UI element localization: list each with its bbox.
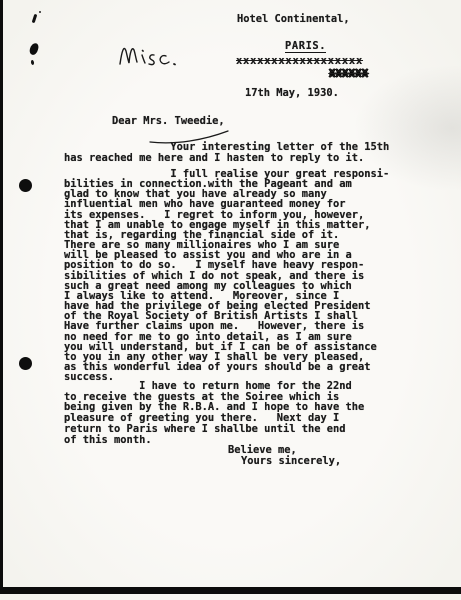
closing-yours-sincerely: Yours sincerely, <box>241 456 341 466</box>
scan-edge-bottom <box>0 587 461 594</box>
salutation: Dear Mrs. Tweedie, <box>112 116 225 126</box>
hole-punch-top <box>19 179 32 192</box>
letterhead-city: PARIS. <box>285 41 326 53</box>
letter-page: Hotel Continental, PARIS. xxxxxxxxxxxxxx… <box>0 0 461 600</box>
hole-punch-bottom <box>19 357 32 370</box>
date-line: 17th May, 1930. <box>245 88 339 98</box>
closing-believe-me: Believe me, <box>228 445 297 455</box>
paragraph-3: I have to return home for the 22nd to re… <box>64 381 364 445</box>
ink-mark-tick <box>32 14 38 23</box>
ink-mark-speck <box>39 11 41 13</box>
paragraph-1: Your interesting letter of the 15th has … <box>64 142 389 164</box>
ink-mark-drop <box>29 42 40 56</box>
paragraph-2: I full realise your great responsi- bili… <box>64 169 389 382</box>
handwritten-note-misc <box>118 38 180 74</box>
ink-mark-speck-small <box>31 60 35 65</box>
scan-edge-left <box>0 0 3 594</box>
letterhead-hotel: Hotel Continental, <box>237 14 350 24</box>
typed-crossout-block: XXXXXX <box>329 69 368 79</box>
typed-crossout-row: xxxxxxxxxxxxxxxxxx <box>236 56 363 66</box>
